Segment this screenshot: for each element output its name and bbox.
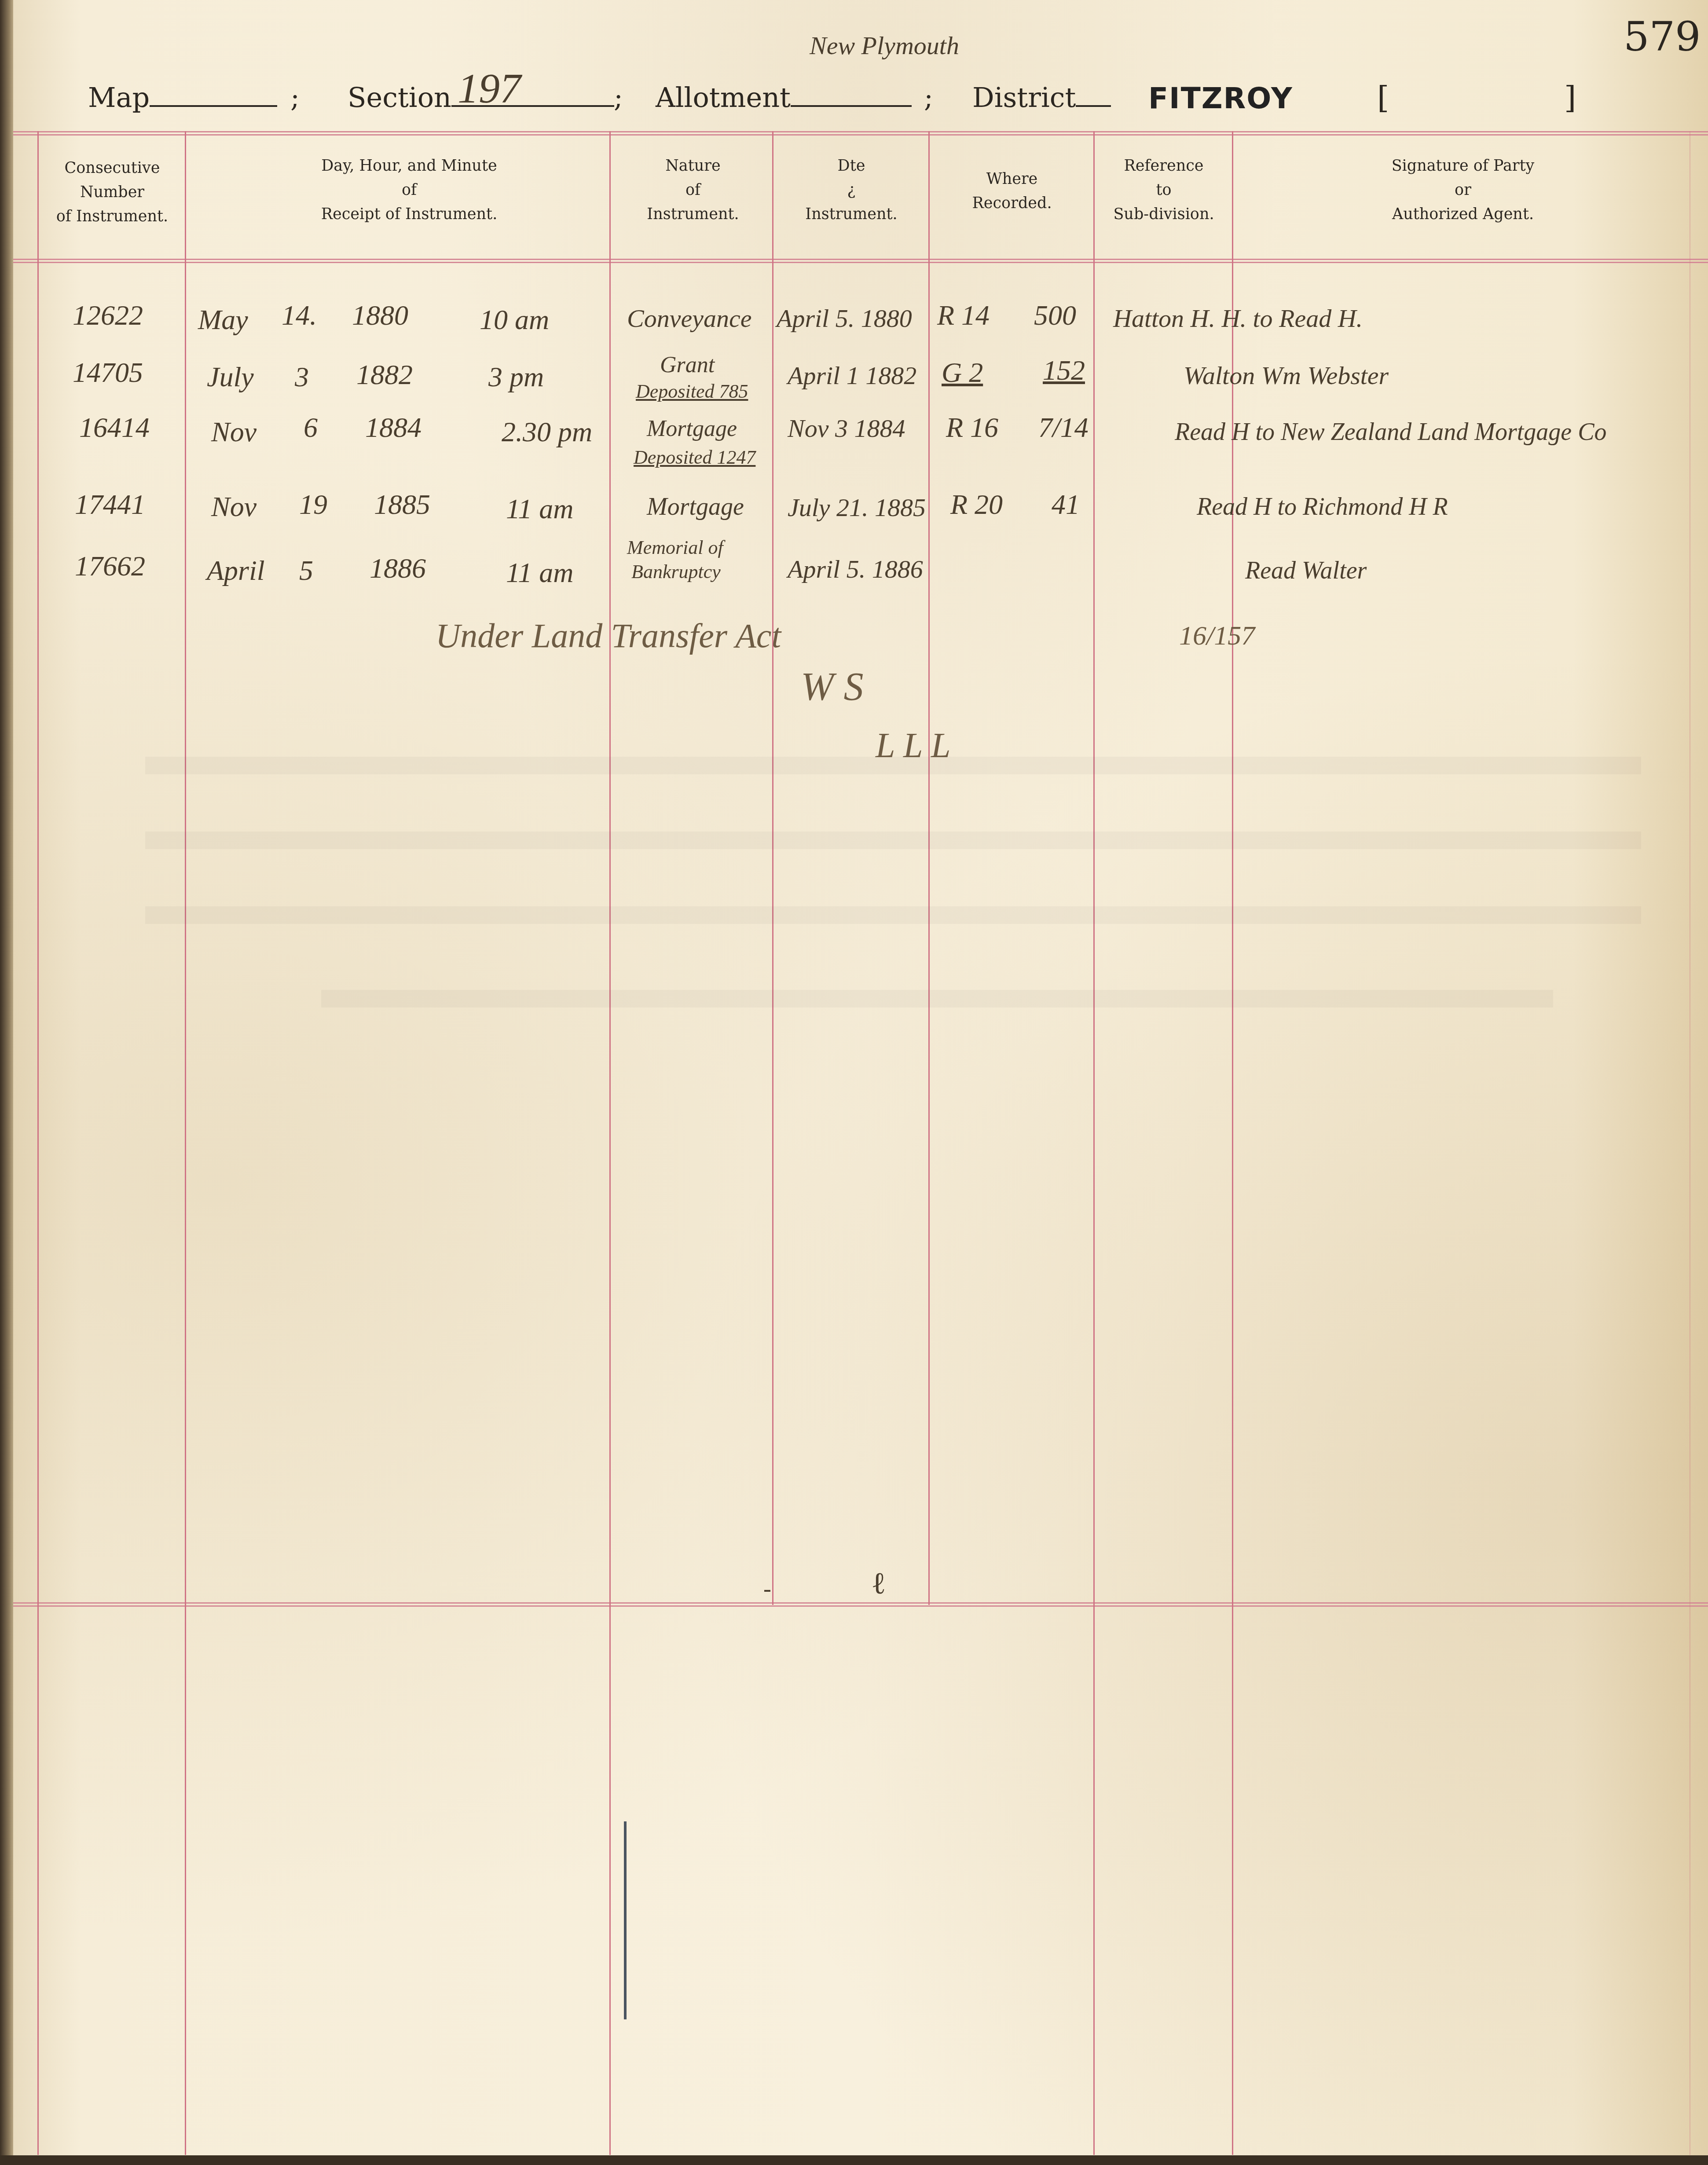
map-label: Map [88, 81, 150, 114]
header-line: Receipt of Instrument. [189, 202, 629, 227]
instrument-number: 12622 [73, 299, 143, 332]
nature: Mortgage [647, 416, 737, 442]
column-header-signature: Signature of Party or Authorized Agent. [1236, 154, 1690, 227]
land-transfer-note: Under Land Transfer Act [436, 616, 781, 656]
header-line: Nature [612, 154, 774, 178]
header-line: Sub-division. [1096, 202, 1232, 227]
receipt-day: 6 [304, 411, 318, 444]
bleed-through-line [145, 906, 1641, 924]
header-line: Number [40, 180, 185, 205]
section-value: 197 [458, 64, 521, 113]
signature: Read Walter [1245, 557, 1367, 585]
map-field: Map [88, 81, 277, 114]
header-line: Reference [1096, 154, 1232, 178]
receipt-year: 1885 [374, 488, 430, 521]
receipt-time: 11 am [506, 557, 573, 589]
receipt-day: 19 [299, 488, 327, 521]
receipt-year: 1886 [370, 552, 426, 585]
where-folio: 41 [1052, 488, 1080, 521]
instrument-number: 14705 [73, 356, 143, 389]
bleed-through-line [145, 832, 1641, 849]
bleed-through-line [145, 757, 1641, 774]
signature: Read H to New Zealand Land Mortgage Co [1175, 418, 1607, 446]
column-header-receipt: Day, Hour, and Minute of Receipt of Inst… [189, 154, 629, 227]
receipt-day: 3 [295, 361, 309, 393]
instrument-date: April 5. 1880 [777, 304, 912, 333]
section-divider-rule [13, 1602, 1708, 1607]
column-header-reference: Reference to Sub-division. [1096, 154, 1232, 227]
receipt-month: Nov [211, 491, 257, 523]
where-folio: 500 [1034, 299, 1076, 332]
header-line: of Instrument. [40, 205, 185, 229]
ledger-page: 579 Map ; Section 197 ; Allotment New Pl… [13, 0, 1708, 2156]
header-line: Day, Hour, and Minute [189, 154, 629, 178]
header-line: of [612, 178, 774, 202]
bleed-through-line [321, 990, 1553, 1007]
instrument-date: April 1 1882 [788, 361, 916, 390]
header-line: Authorized Agent. [1236, 202, 1690, 227]
nature: Conveyance [627, 304, 751, 333]
receipt-month: April [207, 554, 265, 587]
receipt-time: 10 am [480, 304, 549, 336]
receipt-month: Nov [211, 416, 257, 448]
header-line: Dte [774, 154, 928, 178]
column-rule [928, 131, 930, 1605]
bracket-close: ] [1564, 80, 1576, 116]
instrument-date: July 21. 1885 [788, 493, 926, 522]
instrument-number: 17441 [75, 488, 145, 521]
header-bottom-rule [13, 259, 1708, 263]
edge-rule [1690, 131, 1690, 2155]
bracket-open: [ [1377, 80, 1389, 116]
signature: Hatton H. H. to Read H. [1113, 304, 1363, 333]
column-header-date: Dte ¿ Instrument. [774, 154, 928, 227]
receipt-month: May [198, 304, 248, 336]
nature: Memorial of [627, 537, 723, 559]
column-header-where: Where Recorded. [931, 167, 1093, 216]
receipt-day: 5 [299, 554, 313, 587]
allotment-label: Allotment [656, 81, 791, 114]
header-line: Instrument. [774, 202, 928, 227]
receipt-day: 14. [282, 299, 317, 332]
column-rule [772, 131, 773, 1605]
where-folio: 7/14 [1038, 411, 1089, 444]
column-header-number: Consecutive Number of Instrument. [40, 156, 185, 229]
receipt-time: 3 pm [488, 361, 544, 393]
district-value: FITZROY [1148, 81, 1293, 115]
receipt-month: July [207, 361, 254, 393]
column-header-nature: Nature of Instrument. [612, 154, 774, 227]
receipt-time: 11 am [506, 493, 573, 525]
header-line: Where [931, 167, 1093, 191]
instrument-number: 16414 [79, 411, 150, 444]
signature: Walton Wm Webster [1184, 361, 1389, 390]
column-rule [185, 131, 186, 2155]
column-rule [1093, 131, 1095, 2155]
nature: Mortgage [647, 493, 744, 521]
pencil-mark [624, 1821, 627, 2019]
separator: ; [290, 81, 300, 114]
district-blank [1076, 103, 1111, 107]
header-line: or [1236, 178, 1690, 202]
header-line: Signature of Party [1236, 154, 1690, 178]
column-rule [609, 131, 611, 2155]
separator: ; [614, 81, 623, 114]
instrument-date: Nov 3 1884 [788, 414, 905, 443]
header-line: Instrument. [612, 202, 774, 227]
receipt-time: 2.30 pm [502, 416, 592, 448]
book-binding [0, 0, 15, 2165]
signature: Read H to Richmond H R [1197, 493, 1448, 521]
instrument-number: 17662 [75, 550, 145, 582]
instrument-date: April 5. 1886 [788, 554, 923, 584]
page-number: 579 [1624, 13, 1701, 60]
map-blank [150, 103, 277, 107]
where-book: G 2 [942, 356, 983, 389]
initials: W S [801, 664, 863, 710]
separator: ; [924, 81, 933, 114]
ink-mark: ‑ [763, 1575, 771, 1602]
nature-note: Deposited 785 [636, 381, 748, 403]
book-bottom-edge [0, 2155, 1708, 2165]
land-transfer-ref: 16/157 [1179, 620, 1255, 652]
receipt-year: 1880 [352, 299, 408, 332]
receipt-year: 1884 [365, 411, 422, 444]
nature-note: Deposited 1247 [634, 447, 755, 469]
allotment-annotation: New Plymouth [810, 31, 959, 60]
header-line: ¿ [774, 178, 928, 202]
nature: Grant [660, 352, 715, 378]
header-line: Recorded. [931, 191, 1093, 216]
where-book: R 16 [946, 411, 998, 444]
ink-mark: ℓ [871, 1566, 886, 1601]
allotment-blank [791, 103, 912, 107]
header-line: Consecutive [40, 156, 185, 180]
receipt-year: 1882 [356, 359, 413, 391]
allotment-field: Allotment [656, 81, 912, 114]
district-field: District [972, 81, 1111, 114]
where-folio: 152 [1043, 354, 1085, 387]
header-line: of [189, 178, 629, 202]
margin-rule [37, 131, 39, 2155]
district-label: District [972, 81, 1076, 114]
where-book: R 20 [950, 488, 1003, 521]
where-book: R 14 [937, 299, 990, 332]
section-label: Section [348, 81, 451, 114]
header-line: to [1096, 178, 1232, 202]
header-top-rule [13, 131, 1708, 136]
nature-note: Bankruptcy [631, 561, 721, 583]
